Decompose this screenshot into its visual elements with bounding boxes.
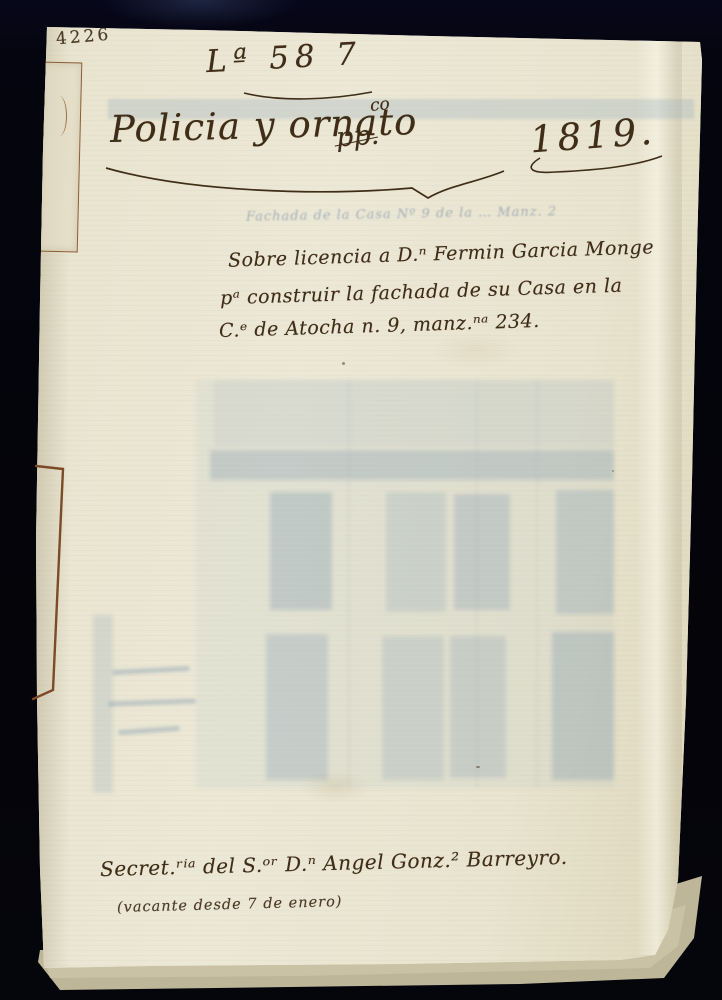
ink-speck [342, 362, 345, 365]
facade-gridline [536, 380, 538, 788]
binding-tab [36, 62, 83, 253]
bleedthrough-script-line [112, 666, 190, 675]
facade-window [266, 634, 328, 780]
facade-upper-band [214, 380, 614, 446]
facade-window [454, 494, 510, 610]
facade-window [382, 636, 444, 780]
bleedthrough-script-line [108, 698, 196, 706]
facade-window [552, 632, 614, 780]
manuscript-scan: Fachada de la Casa Nº 9 de la … Manz. 23… [0, 0, 722, 1000]
vacancy-note: (vacante desde 7 de enero) [117, 894, 343, 916]
subject-line: C.ᵉ de Atocha n. 9, manz.ⁿᵃ 234. [219, 310, 540, 342]
facade-gridline [348, 380, 350, 788]
bleedthrough-facade-drawing [196, 380, 614, 788]
bleedthrough-caption: Fachada de la Casa Nº 9 de la … Manz. 23… [246, 204, 556, 224]
subject-line: Sobre licencia a D.ⁿ Fermin Garcia Monge [228, 236, 655, 271]
document-year: 1819. [529, 110, 658, 162]
section-title-abbreviation-sup: co [369, 94, 391, 116]
facade-window [386, 492, 446, 612]
section-title-abbreviation: pp. [335, 120, 380, 154]
secretary-attribution: Secret.ʳⁱᵃ del S.ᵒʳ D.ⁿ Angel Gonz.² Bar… [100, 845, 568, 881]
subject-line: pᵃ construir la fachada de su Casa en la [220, 275, 623, 310]
facade-gridline [476, 380, 478, 788]
document-page: Fachada de la Casa Nº 9 de la … Manz. 23… [0, 0, 722, 1000]
ink-speck [476, 766, 480, 768]
facade-window [450, 636, 506, 778]
ink-speck [612, 470, 614, 472]
paper-stain [300, 770, 370, 804]
facade-window [556, 490, 614, 614]
file-reference: Lª 58 7 [205, 36, 363, 80]
paper-stain [430, 330, 520, 370]
binding-tab-curl [52, 96, 67, 136]
page-crease [636, 40, 682, 955]
archive-number: 4226 [55, 25, 112, 50]
facade-cornice-band [210, 450, 614, 480]
bleedthrough-script-line [118, 726, 180, 735]
facade-window [270, 492, 332, 610]
